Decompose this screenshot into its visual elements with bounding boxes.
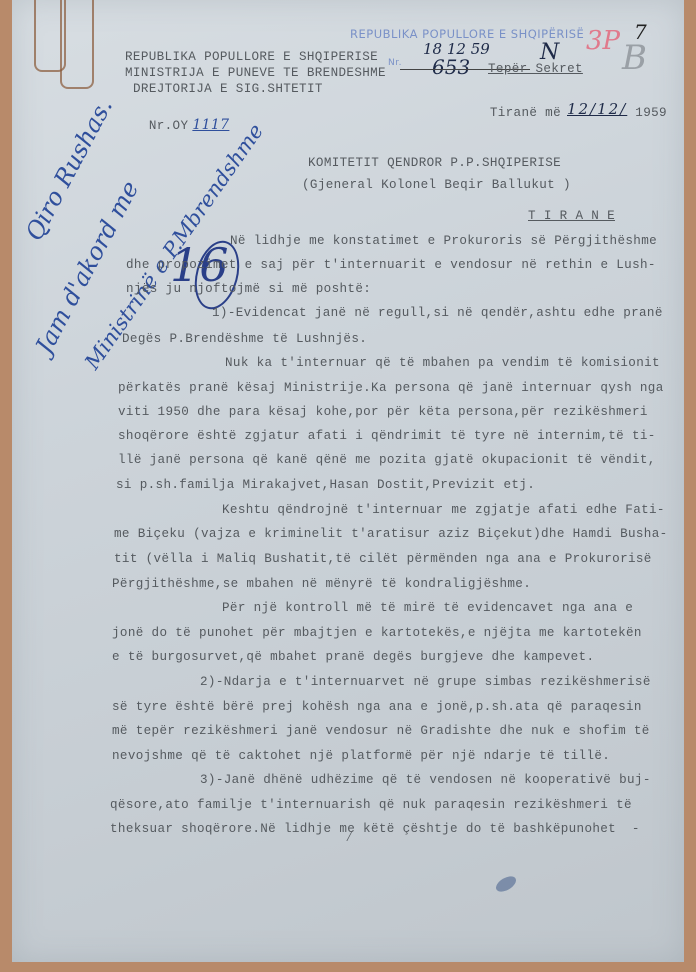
footer-mark: ⁄	[345, 830, 354, 846]
addressee-line-2: (Gjeneral Kolonel Beqir Ballukut )	[302, 178, 571, 192]
year: 1959	[635, 106, 667, 120]
body-line: 1)-Evidencat janë në regull,si në qendër…	[212, 306, 663, 320]
body-line: më tepër rezikëshmeri janë vendosur në G…	[112, 724, 650, 738]
handwritten-date: 12/12/	[567, 100, 627, 118]
body-line: viti 1950 dhe para kësaj kohe,por për kë…	[118, 405, 648, 419]
org-line-1: REPUBLIKA POPULLORE E SHQIPERISE	[125, 50, 378, 64]
pencil-mark: B	[622, 38, 647, 78]
body-line: Degës P.Brendëshme të Lushnjës.	[122, 332, 367, 346]
stamp-nr-label: Nr.	[388, 58, 402, 68]
org-line-3: DREJTORIJA E SIG.SHTETIT	[133, 82, 323, 96]
org-line-2: MINISTRIJA E PUNEVE TE BRENDESHME	[125, 66, 386, 80]
addressee-line-1: KOMITETIT QENDROR P.P.SHQIPERISE	[308, 156, 561, 170]
ref-prefix: Nr.OY	[149, 119, 189, 133]
paperclip-mark	[60, 0, 94, 89]
ref-number: 1117	[192, 117, 229, 133]
red-pencil-mark: 3P	[586, 26, 620, 56]
registration-stamp: REPUBLIKA POPULLORE E SHQIPËRISË	[350, 27, 584, 41]
body-line: dhe propozimet e saj për t'internuarit e…	[126, 258, 656, 272]
body-line: njës ju njoftojmë si më poshtë:	[126, 282, 371, 296]
reference-number: Nr.OY1117	[133, 103, 225, 133]
body-line: 2)-Ndarja e t'internuarvet në grupe simb…	[200, 675, 651, 689]
body-line: llë janë persona që kanë qënë me pozita …	[118, 453, 656, 467]
body-line: si p.sh.familja Mirakajvet,Hasan Dostit,…	[116, 478, 535, 492]
body-line: shoqërore është zgjatur afati i qëndrimi…	[118, 429, 656, 443]
place-date: Tiranë më12/12/1959	[474, 88, 653, 120]
body-line: e të burgosurvet,që mbahet pranë degës b…	[112, 650, 594, 664]
stamp-number: 653	[432, 55, 470, 79]
body-line: 3)-Janë dhënë udhëzime që të vendosen në…	[200, 773, 651, 787]
body-line: Keshtu qëndrojnë t'internuar me zgjatje …	[222, 503, 665, 517]
classification-label: Tepër Sekret	[488, 62, 583, 76]
body-line: me Biçeku (vajza e kriminelit t'aratisur…	[114, 527, 668, 541]
body-line: Nuk ka t'internuar që të mbahen pa vendi…	[225, 356, 660, 370]
body-line: qësore,ato familje t'internuarish që nuk…	[110, 798, 632, 812]
body-line: nevojshme që të caktohet një platformë p…	[112, 749, 610, 763]
body-line: së tyre është bërë prej kohësh nga ana e…	[112, 700, 642, 714]
body-line: përkatës pranë kësaj Ministrije.Ka perso…	[118, 381, 664, 395]
body-line: jonë do të punohet për mbajtjen e kartot…	[112, 626, 642, 640]
body-line: Për një kontroll më të mirë të evidencav…	[222, 601, 633, 615]
body-line: tit (vëlla i Maliq Bushatit,të cilët për…	[114, 552, 652, 566]
place-date-prefix: Tiranë më	[490, 106, 561, 120]
body-line: Në lidhje me konstatimet e Prokuroris së…	[230, 234, 657, 248]
body-line: theksuar shoqërore.Në lidhje me këtë çës…	[110, 822, 640, 836]
body-line: Përgjithëshme,se mbahen në mënyrë të kon…	[112, 577, 531, 591]
addressee-city: T I R A N E	[528, 209, 615, 223]
